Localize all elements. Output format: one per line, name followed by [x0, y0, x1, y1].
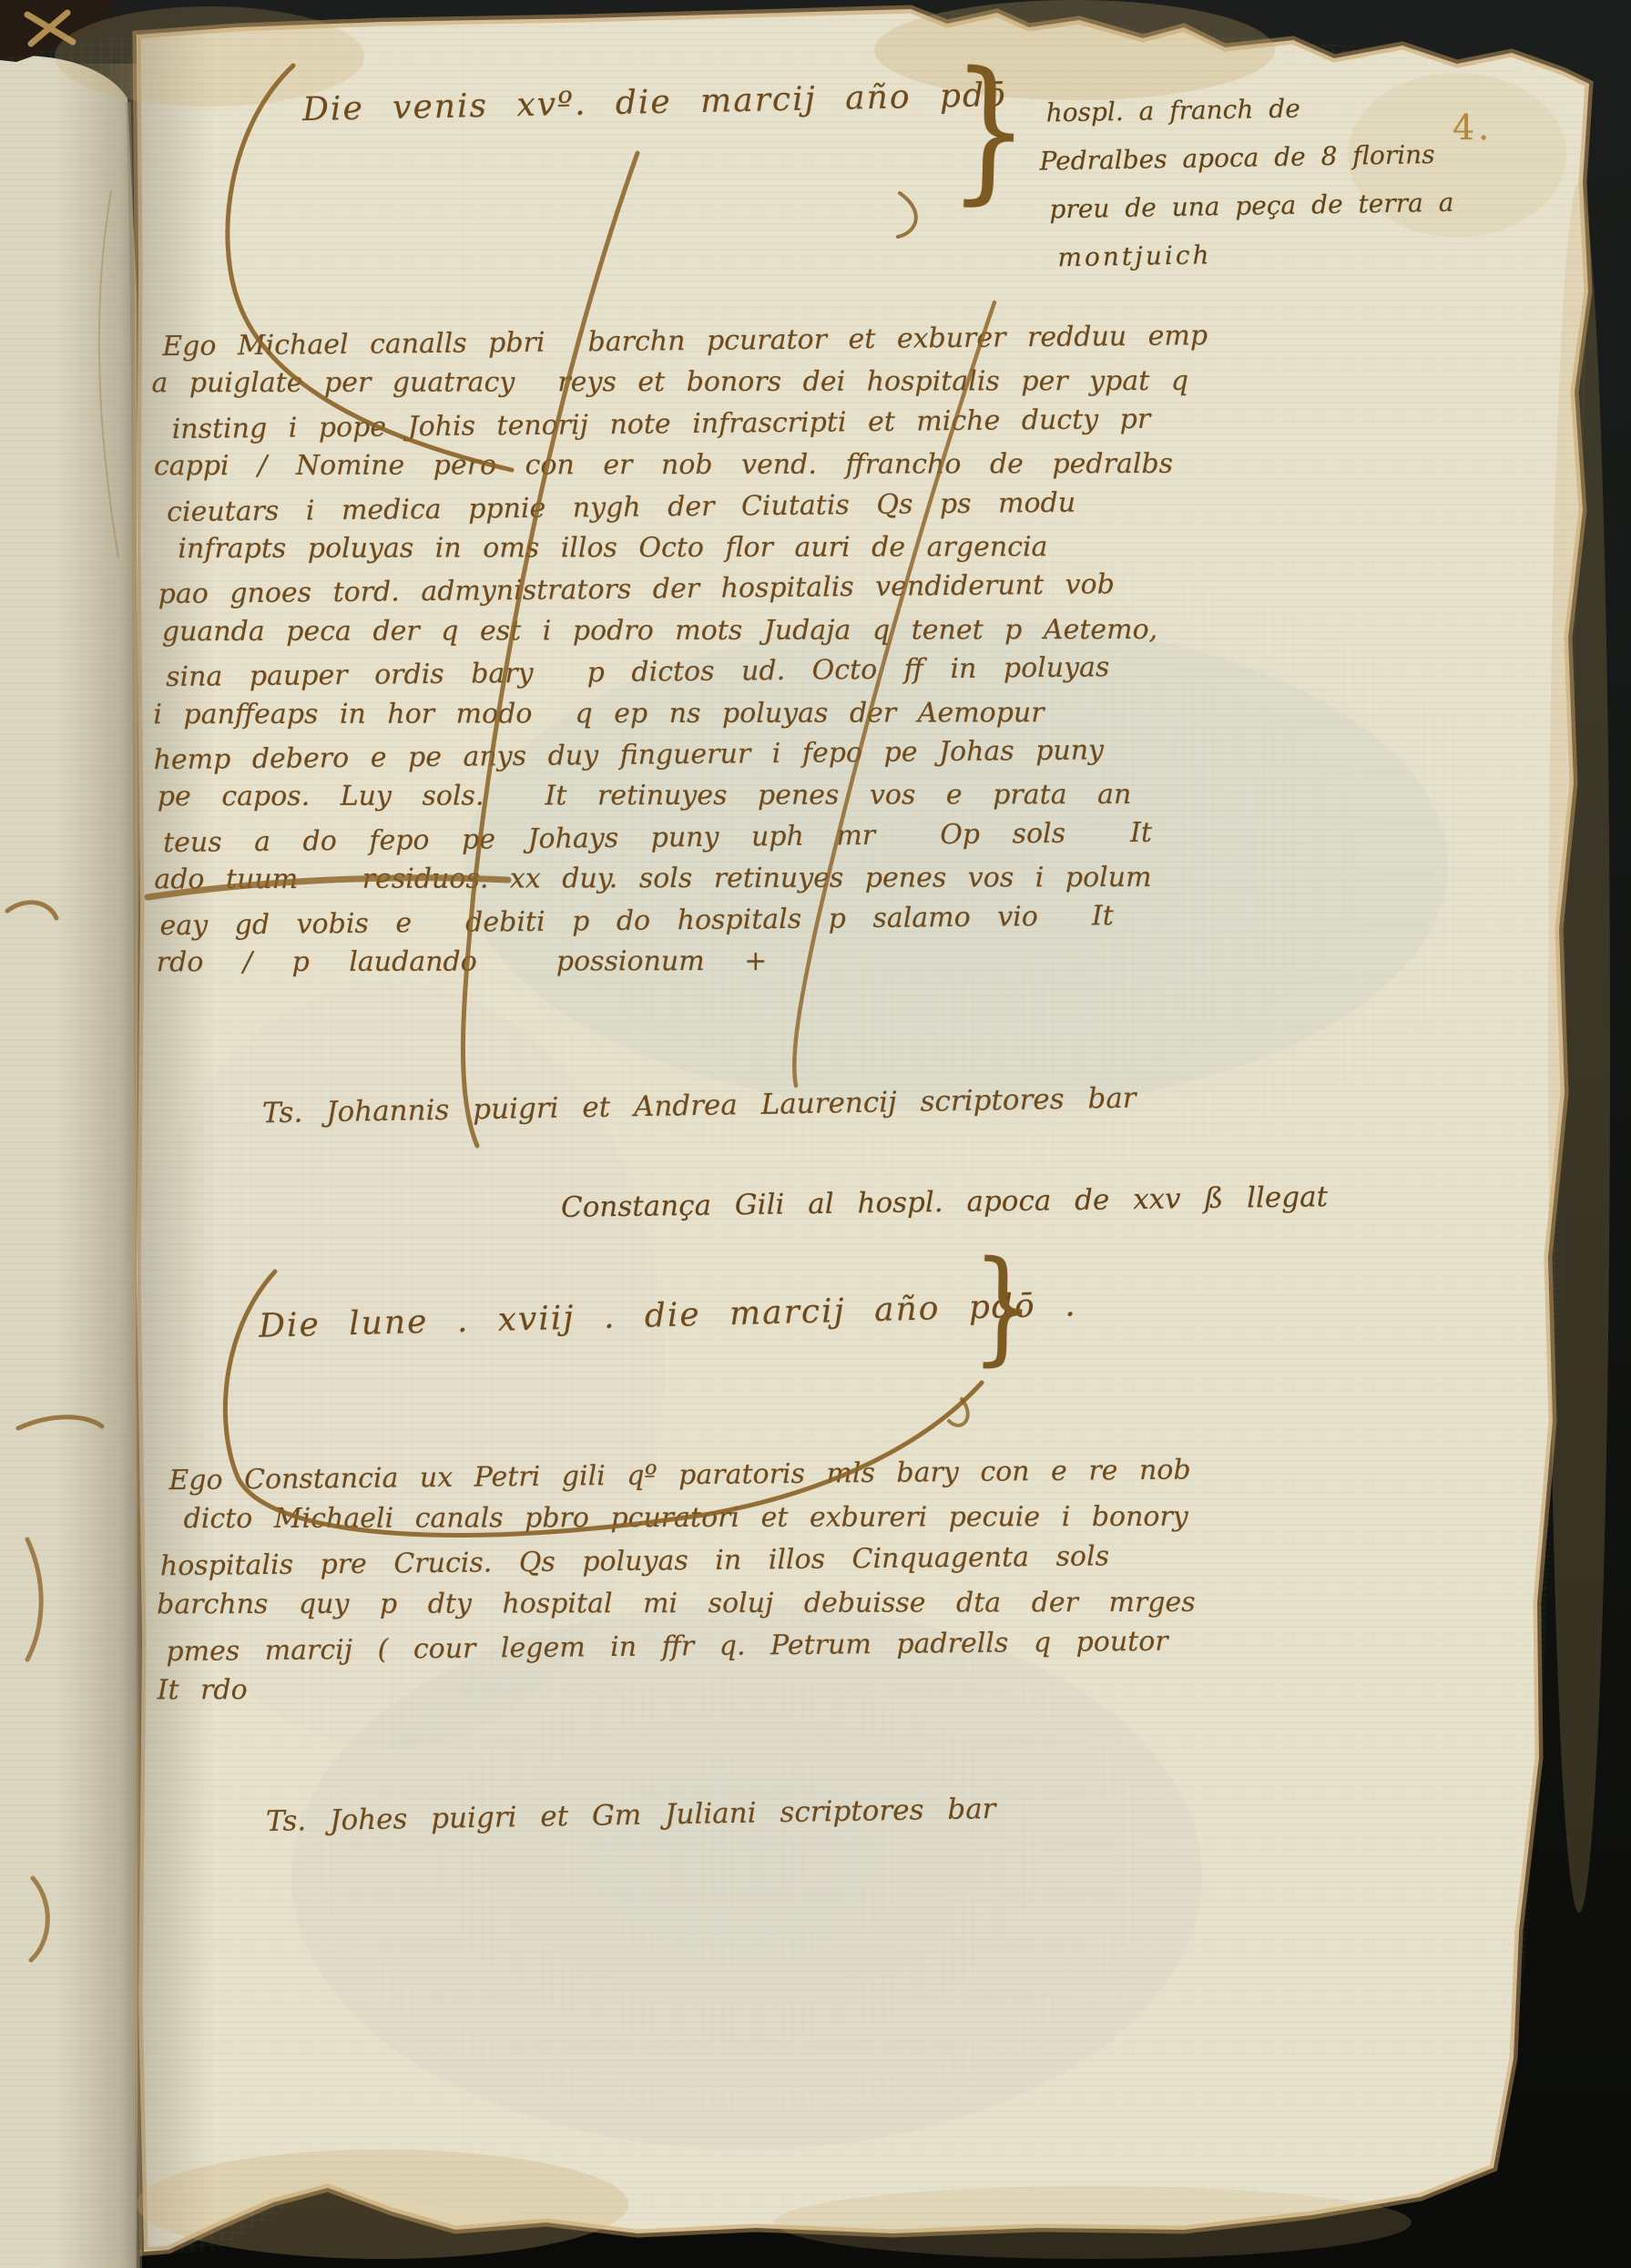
- text-line: Ego Constancia ux Petri gili qº paratori…: [168, 1448, 1239, 1502]
- entry1-witnesses: Ts. Johannis puigri et Andrea Laurencij …: [262, 1082, 1137, 1130]
- entry1-margin-note: hospl. a franch dePedralbes apoca de 8 f…: [1045, 79, 1614, 282]
- entry2-brace-icon: }: [971, 1244, 1035, 1368]
- text-line: It rdo: [158, 1667, 1241, 1711]
- text-line: insting i pope Johis tenorij note infras…: [171, 398, 1226, 451]
- gutter-ink-fragment: [7, 903, 56, 918]
- binding-stitch: [27, 13, 73, 44]
- text-line: montjuich: [1057, 224, 1614, 282]
- entry2-body: Ego Constancia ux Petri gili qº paratori…: [156, 1451, 1240, 1713]
- text-line: sina pauper ordis bary p dictos ud. Octo…: [166, 646, 1228, 699]
- gutter-crease-line: [128, 102, 138, 2268]
- text-line: pmes marcij ( cour legem in ffr q. Petru…: [166, 1619, 1240, 1673]
- text-line: teus a do fepo pe Johays puny uph mr Op …: [163, 812, 1228, 864]
- text-line: infrapts poluyas in oms illos Octo flor …: [178, 526, 1227, 570]
- manuscript-scan: 4. Die venis xvº. die marcij año pdō } h…: [0, 0, 1631, 2268]
- text-line: rdo / p laudando possionum +: [157, 940, 1229, 984]
- text-line: cieutars i medica ppnie nygh der Ciutati…: [167, 480, 1227, 533]
- entry2-heading: Die lune . xviij . die marcij año pdō .: [259, 1286, 1077, 1345]
- text-line: a puiglate per guatracy reys et bonors d…: [151, 361, 1226, 404]
- text-line: eay gd vobis e debiti p do hospitals p s…: [159, 894, 1228, 947]
- gutter-ink-fragment: [31, 1878, 47, 1960]
- binding-leather: [0, 0, 120, 62]
- text-line: barchns quy p dty hospital mi soluj debu…: [157, 1581, 1240, 1626]
- text-line: i panffeaps in hor modo q ep ns poluyas …: [153, 691, 1228, 735]
- entry2-witnesses: Ts. Johes puigri et Gm Juliani scriptore…: [266, 1793, 996, 1838]
- entry2-brace-tail: [949, 1399, 968, 1425]
- entry1-heading: Die venis xvº. die marcij año pdō: [302, 77, 1007, 128]
- text-line: pe capos. Luy sols. It retinuyes penes v…: [158, 774, 1228, 818]
- text-line: pao gnoes tord. admynistrators der hospi…: [158, 563, 1227, 616]
- text-line: cappi / Nomine pero con er nob vend. ffr…: [154, 444, 1227, 487]
- gutter-previous-page: [0, 56, 139, 2268]
- gutter-ink-fragment: [18, 1417, 102, 1428]
- text-line: guanda peca der q est i podro mots Judaj…: [162, 609, 1228, 653]
- gutter-crease-shadow: [55, 64, 142, 2268]
- entry1-body: Ego Michael canalls pbri barchn pcurator…: [151, 318, 1229, 986]
- entry1-brace-tail: [898, 193, 916, 237]
- gutter-ink-fragment: [27, 1539, 41, 1660]
- text-line: Ego Michael canalls pbri barchn pcurator…: [162, 315, 1226, 368]
- entry1-brace-icon: }: [948, 51, 1031, 209]
- text-line: hospitalis pre Crucis. Qs poluyas in ill…: [160, 1534, 1240, 1588]
- text-line: hemp debero e pe anys duy finguerur i fe…: [153, 729, 1228, 782]
- hairline-crease: [99, 191, 118, 557]
- text-line: dicto Michaeli canals pbro pcuratori et …: [184, 1496, 1240, 1540]
- text-line: ado tuum residuos. xx duy. sols retinuye…: [154, 857, 1228, 901]
- entry1-side-note: Constança Gili al hospl. apoca de xxv ß …: [561, 1180, 1328, 1224]
